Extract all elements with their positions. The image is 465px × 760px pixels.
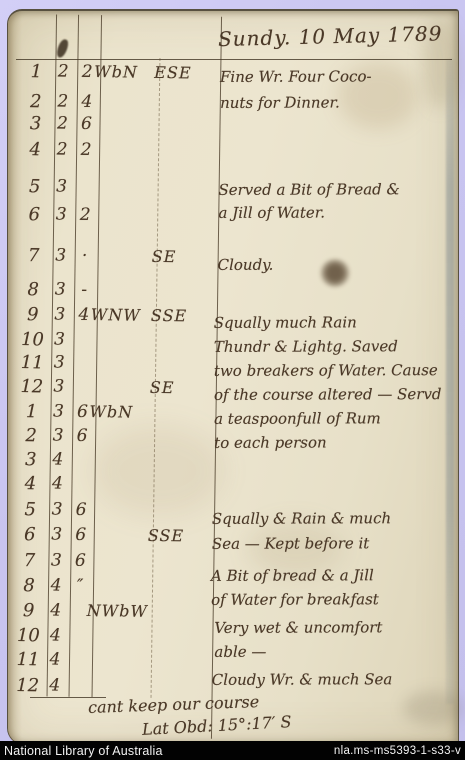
knots-cell: 4 bbox=[46, 600, 66, 620]
hour-cell: 12 bbox=[12, 675, 44, 696]
hour-cell: 1 bbox=[15, 401, 47, 422]
knots-cell: 3 bbox=[49, 352, 69, 372]
remark-line: Fine Wr. Four Coco- bbox=[220, 63, 462, 90]
wind-cell: SE bbox=[152, 247, 216, 267]
knots-cell: 2 bbox=[52, 139, 72, 159]
digitized-manuscript-view: Sundy. 10 May 1789 1 2 2 WbN ESE 2 2 4 bbox=[0, 0, 465, 760]
library-name-label: National Library of Australia bbox=[4, 744, 163, 758]
remark-line: two breakers of Water. Cause bbox=[214, 358, 456, 383]
remark-block: Cloudy. bbox=[218, 253, 460, 277]
knots-cell: 3 bbox=[52, 176, 72, 196]
course-cell: NWbW bbox=[87, 601, 149, 621]
remark-line: able — bbox=[214, 639, 456, 664]
remark-line: a teaspoonfull of Rum bbox=[214, 406, 456, 431]
hour-cell: 11 bbox=[12, 649, 44, 670]
log-table: 1 2 2 WbN ESE 2 2 4 3 2 6 4 2 2 bbox=[3, 8, 463, 747]
remark-line: of Water for breakfast bbox=[211, 587, 453, 612]
hour-cell: 7 bbox=[13, 550, 45, 571]
hour-cell: 9 bbox=[17, 304, 49, 325]
catalog-footer-bar: National Library of Australia nla.ms-ms5… bbox=[0, 741, 465, 760]
knots-cell: 2 bbox=[53, 61, 73, 81]
remark-line: Served a Bit of Bread & bbox=[218, 178, 460, 202]
remark-line: Cloudy Wr. & much Sea bbox=[212, 667, 454, 692]
fathoms-cell: 6 bbox=[69, 525, 93, 545]
hour-cell: 7 bbox=[18, 245, 50, 266]
log-row: 4 2 2 bbox=[11, 139, 221, 168]
hour-cell: 4 bbox=[19, 139, 51, 160]
knots-cell: 3 bbox=[51, 245, 71, 265]
hour-cell: 11 bbox=[16, 352, 48, 373]
remark-line: Very wet & uncomfort bbox=[214, 615, 456, 640]
log-row: 3 2 6 bbox=[11, 113, 221, 142]
remark-line: Cloudy. bbox=[218, 253, 460, 277]
fathoms-cell: ″ bbox=[68, 576, 92, 596]
remark-line: Thundr & Lightg. Saved bbox=[214, 334, 456, 359]
manuscript-page: Sundy. 10 May 1789 1 2 2 WbN ESE 2 2 4 bbox=[7, 9, 459, 745]
fathoms-cell: 6 bbox=[70, 426, 94, 446]
course-cell: WbN bbox=[94, 62, 156, 82]
fathoms-cell: 2 bbox=[74, 140, 98, 160]
hour-cell: 8 bbox=[13, 575, 45, 596]
fathoms-cell: 2 bbox=[73, 205, 97, 225]
remark-block: Squally much Rain Thundr & Lightg. Saved… bbox=[214, 310, 457, 455]
hour-cell: 3 bbox=[19, 113, 51, 134]
knots-cell: 3 bbox=[49, 376, 69, 396]
knots-cell: 3 bbox=[50, 279, 70, 299]
fathoms-cell: · bbox=[73, 246, 97, 266]
hour-cell: 2 bbox=[15, 425, 47, 446]
log-row: 1 2 2 WbN ESE bbox=[12, 61, 222, 90]
course-cell: WbN bbox=[89, 402, 151, 422]
knots-cell: 3 bbox=[49, 329, 69, 349]
hour-cell: 10 bbox=[12, 625, 44, 646]
fathoms-cell: 4 bbox=[75, 92, 99, 112]
hour-cell: 1 bbox=[20, 61, 52, 82]
remark-block: Cloudy Wr. & much Sea bbox=[212, 667, 454, 692]
knots-cell: 4 bbox=[47, 473, 67, 493]
remark-line: Squally & Rain & much bbox=[212, 506, 454, 532]
log-row: 6 3 2 bbox=[10, 204, 220, 233]
fathoms-cell: 6 bbox=[69, 500, 93, 520]
hour-cell: 6 bbox=[18, 204, 50, 225]
remark-line: nuts for Dinner. bbox=[220, 89, 462, 116]
wind-cell: SE bbox=[150, 378, 214, 398]
knots-cell: 2 bbox=[53, 91, 73, 111]
hour-cell: 4 bbox=[14, 473, 46, 494]
hour-cell: 9 bbox=[13, 600, 45, 621]
wind-cell: SSE bbox=[151, 306, 215, 326]
hour-cell: 6 bbox=[14, 524, 46, 545]
knots-cell: 4 bbox=[45, 675, 65, 695]
hour-cell: 10 bbox=[16, 329, 48, 350]
knots-cell: 3 bbox=[51, 204, 71, 224]
wind-cell: ESE bbox=[154, 63, 218, 83]
hour-cell: 3 bbox=[15, 449, 47, 470]
hour-cell: 8 bbox=[17, 279, 49, 300]
remark-line: a Jill of Water. bbox=[218, 201, 460, 225]
knots-cell: 4 bbox=[45, 649, 65, 669]
hour-cell: 2 bbox=[20, 91, 52, 112]
knots-cell: 3 bbox=[48, 401, 68, 421]
hour-cell: 12 bbox=[16, 376, 48, 397]
log-row: 5 3 bbox=[10, 176, 220, 205]
log-row: 7 3 · SE bbox=[9, 245, 219, 274]
log-row: 4 4 bbox=[6, 473, 216, 502]
fathoms-cell: 6 bbox=[74, 114, 98, 134]
knots-cell: 3 bbox=[47, 499, 67, 519]
knots-cell: 3 bbox=[48, 425, 68, 445]
remark-block: Served a Bit of Bread & a Jill of Water. bbox=[218, 178, 460, 225]
knots-cell: 4 bbox=[45, 625, 65, 645]
remark-line: A Bit of bread & a Jill bbox=[211, 563, 453, 588]
catalog-id-label: nla.ms-ms5393-1-s33-v bbox=[334, 745, 461, 757]
knots-cell: 3 bbox=[46, 550, 66, 570]
remark-line: Squally much Rain bbox=[214, 310, 456, 335]
hour-cell: 5 bbox=[14, 499, 46, 520]
knots-cell: 4 bbox=[48, 449, 68, 469]
knots-cell: 2 bbox=[52, 113, 72, 133]
remark-line: of the course altered — Servd bbox=[214, 382, 456, 407]
hour-cell: 5 bbox=[18, 176, 50, 197]
remark-block: Squally & Rain & much Sea — Kept before … bbox=[212, 506, 454, 557]
course-cell: WNW bbox=[91, 305, 153, 325]
remark-line: Sea — Kept before it bbox=[212, 531, 454, 557]
knots-cell: 4 bbox=[46, 575, 66, 595]
remark-block: Very wet & uncomfort able — bbox=[214, 615, 456, 664]
log-row: 6 3 6 SSE bbox=[6, 524, 216, 553]
log-row: 11 4 bbox=[4, 649, 214, 678]
wind-cell: SSE bbox=[148, 526, 212, 546]
fathoms-cell: - bbox=[72, 280, 96, 300]
remark-block: A Bit of bread & a Jill of Water for bre… bbox=[211, 563, 453, 612]
remark-line: to each person bbox=[214, 430, 456, 455]
remark-block: Fine Wr. Four Coco- nuts for Dinner. bbox=[220, 63, 462, 116]
knots-cell: 3 bbox=[50, 304, 70, 324]
fathoms-cell: 6 bbox=[68, 551, 92, 571]
knots-cell: 3 bbox=[47, 524, 67, 544]
